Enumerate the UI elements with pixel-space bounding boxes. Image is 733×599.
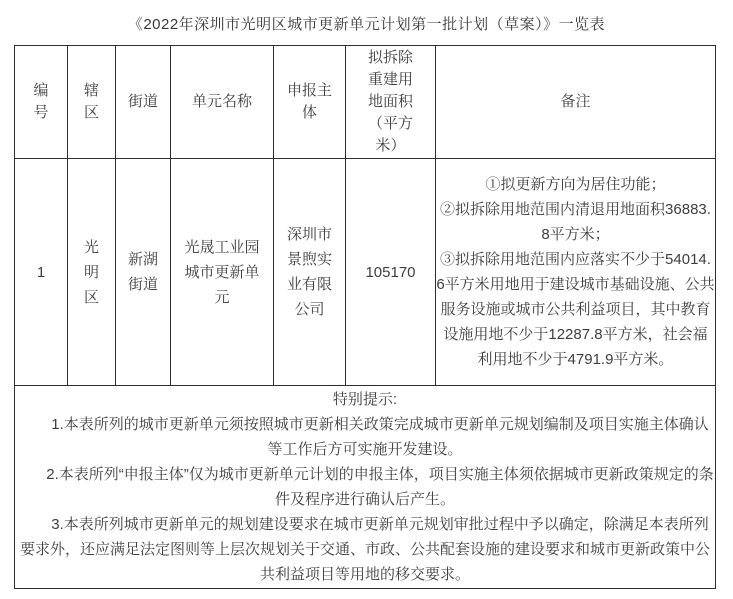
cell-demolition-area: 105170 xyxy=(346,159,436,386)
document-page: 《2022年深圳市光明区城市更新单元计划第一批计划（草案）》一览表 编 号 辖 … xyxy=(0,0,733,599)
special-notes-text: 特别提示: 1.本表所列的城市更新单元须按照城市更新相关政策完成城市更新单元规划… xyxy=(15,386,716,589)
cell-street: 新湖 街道 xyxy=(116,159,171,386)
cell-serial-no: 1 xyxy=(15,159,68,386)
page-title: 《2022年深圳市光明区城市更新单元计划第一批计划（草案）》一览表 xyxy=(0,0,733,45)
urban-renewal-plan-table: 编 号 辖 区 街道 单元名称 申报主 体 拟拆除 重建用 地面积 （平方 米）… xyxy=(14,45,716,589)
col-header-applicant: 申报主 体 xyxy=(274,46,346,159)
cell-applicant: 深圳市 景煦实 业有限 公司 xyxy=(274,159,346,386)
col-header-district: 辖 区 xyxy=(68,46,116,159)
col-header-street: 街道 xyxy=(116,46,171,159)
cell-district: 光 明 区 xyxy=(68,159,116,386)
col-header-unit-name: 单元名称 xyxy=(171,46,274,159)
col-header-remarks: 备注 xyxy=(436,46,716,159)
col-header-demolition-area: 拟拆除 重建用 地面积 （平方 米） xyxy=(346,46,436,159)
cell-unit-name: 光晟工业园 城市更新单 元 xyxy=(171,159,274,386)
table-header-row: 编 号 辖 区 街道 单元名称 申报主 体 拟拆除 重建用 地面积 （平方 米）… xyxy=(15,46,716,159)
special-notes-row: 特别提示: 1.本表所列的城市更新单元须按照城市更新相关政策完成城市更新单元规划… xyxy=(15,386,716,589)
cell-remarks: ①拟更新方向为居住功能； ②拟拆除用地范围内清退用地面积36883.8平方米； … xyxy=(436,159,716,386)
table-row: 1 光 明 区 新湖 街道 光晟工业园 城市更新单 元 深圳市 景煦实 业有限 … xyxy=(15,159,716,386)
col-header-serial-no: 编 号 xyxy=(15,46,68,159)
